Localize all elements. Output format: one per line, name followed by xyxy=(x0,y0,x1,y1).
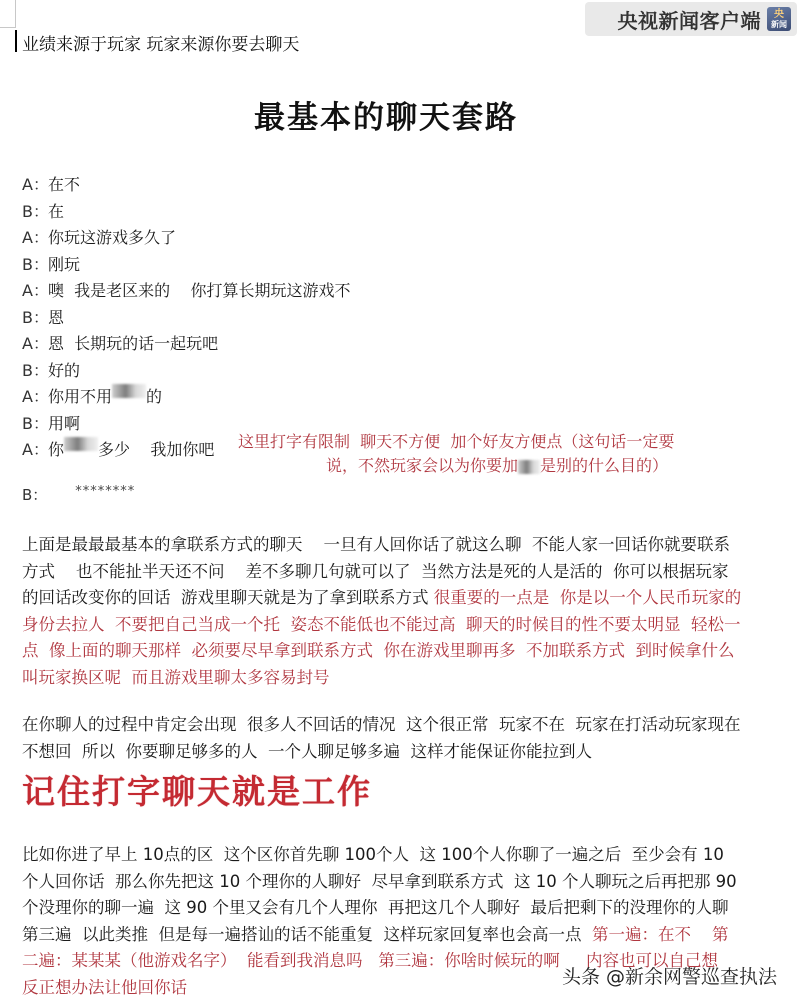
paragraph-explanation: 上面是最最最基本的拿联系方式的聊天 一旦有人回你话了就这么聊 不能人家一回话你就… xyxy=(22,532,742,691)
cctv-news-badge: 央视新闻客户端 央 新闻 xyxy=(585,2,797,36)
speaker-label: B： xyxy=(22,252,48,279)
dialog-line: A： 恩 长期玩的话一起玩吧 xyxy=(22,331,351,358)
chat-script: A： 在不 B： 在 A： 你玩这游戏多久了 B： 刚玩 A： 噢 我是老区来的… xyxy=(22,172,351,464)
speaker-label: A： xyxy=(22,384,48,411)
dialog-text: 刚玩 xyxy=(48,252,80,279)
speaker-label: A： xyxy=(22,331,48,358)
dialog-line: A： 噢 我是老区来的 你打算长期玩这游戏不 xyxy=(22,278,351,305)
dialog-line: A： 在不 xyxy=(22,172,351,199)
redacted-blur xyxy=(112,384,146,398)
dialog-text: 噢 我是老区来的 你打算长期玩这游戏不 xyxy=(48,278,351,305)
dialog-line: B： 在 xyxy=(22,199,351,226)
note-line-1: 这里打字有限制 聊天不方便 加个好友方便点（这句话一定要 xyxy=(238,432,674,451)
document-title: 最基本的聊天套路 xyxy=(0,92,802,137)
speaker-label: B： xyxy=(22,199,48,226)
paragraph-no-reply: 在你聊人的过程中肯定会出现 很多人不回话的情况 这个很正常 玩家不在 玩家在打活… xyxy=(22,712,742,765)
watermark: 头条 @新余网警巡查执法 xyxy=(562,962,777,989)
badge-text: 央视新闻客户端 xyxy=(618,5,762,34)
emphasis-heading: 记住打字聊天就是工作 xyxy=(22,766,372,813)
dialog-line: A： 你玩这游戏多久了 xyxy=(22,225,351,252)
dialog-text: 在不 xyxy=(48,172,80,199)
dialog-text: 你玩这游戏多久了 xyxy=(48,225,176,252)
redacted-blur xyxy=(518,460,540,474)
dialog-text: 多少 我加你吧 xyxy=(98,437,214,464)
redacted-blur xyxy=(64,437,98,451)
document-header-line: 业绩来源于玩家 玩家来源你要去聊天 xyxy=(22,30,299,55)
speaker-label: B： xyxy=(22,305,48,332)
dialog-text: 恩 长期玩的话一起玩吧 xyxy=(48,331,218,358)
red-annotation-note: 这里打字有限制 聊天不方便 加个好友方便点（这句话一定要 说，不然玩家会以为你要… xyxy=(238,430,718,478)
dialog-text: 好的 xyxy=(48,358,80,385)
speaker-label: A： xyxy=(22,225,48,252)
dialog-text: 你 xyxy=(48,437,64,464)
dialog-line-final: B： ******** xyxy=(22,484,135,505)
speaker-label: B： xyxy=(22,411,48,438)
dialog-text: 的 xyxy=(146,384,162,411)
speaker-label: A： xyxy=(22,437,48,464)
speaker-label: B： xyxy=(22,358,48,385)
dialog-line: B： 恩 xyxy=(22,305,351,332)
dialog-text: 在 xyxy=(48,199,64,226)
speaker-label: A： xyxy=(22,278,48,305)
masked-contact: ******** xyxy=(75,484,135,505)
page-margin-marker xyxy=(0,0,16,28)
dialog-line: B： 刚玩 xyxy=(22,252,351,279)
speaker-label: A： xyxy=(22,172,48,199)
dialog-text: 你用不用 xyxy=(48,384,112,411)
speaker-label: B： xyxy=(22,484,47,505)
dialog-line: B： 好的 xyxy=(22,358,351,385)
dialog-text: 恩 xyxy=(48,305,64,332)
cctv-news-logo-icon: 央 新闻 xyxy=(767,7,791,31)
note-line-2: 说，不然玩家会以为你要加是别的什么目的） xyxy=(238,454,718,478)
text-cursor xyxy=(15,30,17,52)
dialog-line: A： 你用不用 的 xyxy=(22,384,351,411)
dialog-text: 用啊 xyxy=(48,411,80,438)
